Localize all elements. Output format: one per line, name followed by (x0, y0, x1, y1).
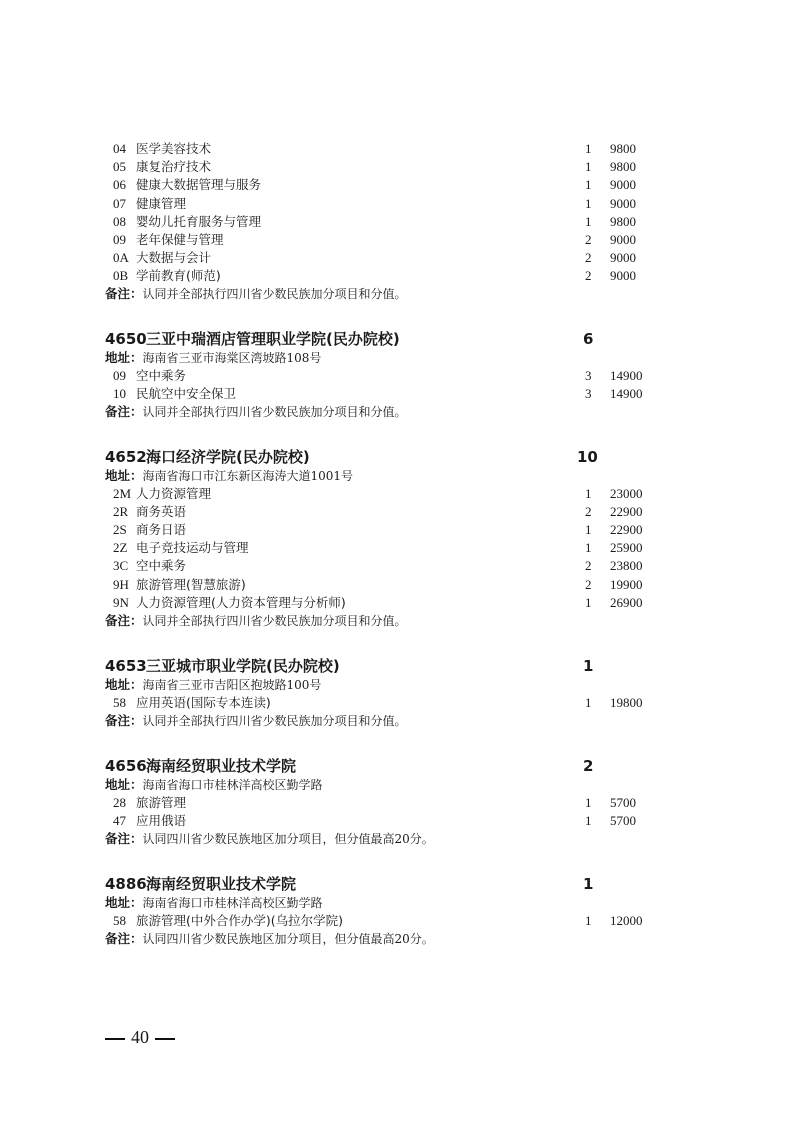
major-code: 09 (113, 367, 126, 385)
major-name: 旅游管理(中外合作办学)(乌拉尔学院) (136, 912, 343, 930)
major-name: 健康大数据管理与服务 (136, 176, 261, 194)
major-code: 04 (113, 140, 126, 158)
major-row: 05 康复治疗技术 1 9800 (0, 158, 794, 176)
note-label: 备注： (105, 931, 143, 946)
document-page: 04 医学美容技术 1 9800 05 康复治疗技术 1 9800 06 健康大… (0, 0, 794, 1123)
major-row: 0B 学前教育(师范) 2 9000 (0, 267, 794, 285)
major-name: 人力资源管理 (136, 485, 211, 503)
address-label: 地址： (105, 677, 143, 692)
major-quota: 1 (585, 195, 592, 213)
school-quota: 1 (583, 873, 593, 895)
school-header: 4886 海南经贸职业技术学院 1 (0, 873, 794, 895)
note-row: 备注：认同四川省少数民族地区加分项目，但分值最高20分。 (0, 830, 794, 848)
major-quota: 1 (585, 213, 592, 231)
major-quota: 2 (585, 576, 592, 594)
note: 备注：认同并全部执行四川省少数民族加分项目和分值。 (105, 285, 407, 303)
major-code: 28 (113, 794, 126, 812)
major-code: 47 (113, 812, 126, 830)
school-address: 地址：海南省海口市江东新区海涛大道1001号 (105, 467, 353, 485)
page-footer: 40 (105, 1025, 181, 1049)
major-name: 健康管理 (136, 195, 186, 213)
major-tuition: 12000 (610, 912, 643, 930)
school-name: 海南经贸职业技术学院 (146, 755, 296, 777)
major-code: 2S (113, 521, 127, 539)
note: 备注：认同并全部执行四川省少数民族加分项目和分值。 (105, 712, 407, 730)
major-tuition: 22900 (610, 503, 643, 521)
address-label: 地址： (105, 895, 143, 910)
school-header: 4656 海南经贸职业技术学院 2 (0, 755, 794, 777)
major-code: 09 (113, 231, 126, 249)
major-row: 09 空中乘务 3 14900 (0, 367, 794, 385)
major-row: 28 旅游管理 1 5700 (0, 794, 794, 812)
major-tuition: 14900 (610, 367, 643, 385)
major-quota: 1 (585, 158, 592, 176)
major-row: 06 健康大数据管理与服务 1 9000 (0, 176, 794, 194)
major-tuition: 5700 (610, 794, 636, 812)
school-quota: 1 (583, 655, 593, 677)
major-name: 空中乘务 (136, 367, 186, 385)
major-name: 婴幼儿托育服务与管理 (136, 213, 261, 231)
major-code: 58 (113, 694, 126, 712)
major-row: 58 应用英语(国际专本连读) 1 19800 (0, 694, 794, 712)
major-name: 旅游管理(智慧旅游) (136, 576, 246, 594)
major-code: 08 (113, 213, 126, 231)
major-row: 9N 人力资源管理(人力资本管理与分析师) 1 26900 (0, 594, 794, 612)
note-row: 备注：认同四川省少数民族地区加分项目，但分值最高20分。 (0, 930, 794, 948)
major-quota: 1 (585, 140, 592, 158)
major-tuition: 25900 (610, 539, 643, 557)
major-tuition: 9000 (610, 249, 636, 267)
major-tuition: 23800 (610, 557, 643, 575)
major-name: 学前教育(师范) (136, 267, 221, 285)
school-code: 4886 (105, 873, 147, 895)
school-name: 海口经济学院(民办院校) (146, 446, 310, 468)
note-label: 备注： (105, 613, 143, 628)
note-text: 认同四川省少数民族地区加分项目，但分值最高20分。 (143, 832, 434, 846)
school-code: 4653 (105, 655, 147, 677)
major-row: 0A 大数据与会计 2 9000 (0, 249, 794, 267)
major-name: 医学美容技术 (136, 140, 211, 158)
major-row: 2R 商务英语 2 22900 (0, 503, 794, 521)
school-name: 三亚城市职业学院(民办院校) (146, 655, 340, 677)
school-code: 4650 (105, 328, 147, 350)
major-name: 应用英语(国际专本连读) (136, 694, 271, 712)
dash-left (105, 1038, 125, 1040)
page-number: 40 (131, 1027, 149, 1047)
major-code: 05 (113, 158, 126, 176)
major-quota: 1 (585, 539, 592, 557)
major-tuition: 9800 (610, 158, 636, 176)
major-quota: 1 (585, 485, 592, 503)
major-tuition: 19800 (610, 694, 643, 712)
address-label: 地址： (105, 777, 143, 792)
school-header: 4653 三亚城市职业学院(民办院校) 1 (0, 655, 794, 677)
address-text: 海南省三亚市海棠区湾坡路108号 (143, 351, 322, 365)
note-label: 备注： (105, 286, 143, 301)
address-text: 海南省三亚市吉阳区抱坡路100号 (143, 678, 322, 692)
major-name: 应用俄语 (136, 812, 186, 830)
major-code: 07 (113, 195, 126, 213)
major-row: 04 医学美容技术 1 9800 (0, 140, 794, 158)
school-quota: 2 (583, 755, 593, 777)
address-row: 地址：海南省海口市桂林洋高校区勤学路 (0, 894, 794, 912)
note-text: 认同并全部执行四川省少数民族加分项目和分值。 (143, 614, 407, 628)
major-quota: 3 (585, 385, 592, 403)
note-text: 认同并全部执行四川省少数民族加分项目和分值。 (143, 405, 407, 419)
major-row: 3C 空中乘务 2 23800 (0, 557, 794, 575)
major-row: 2Z 电子竞技运动与管理 1 25900 (0, 539, 794, 557)
major-tuition: 14900 (610, 385, 643, 403)
major-code: 2Z (113, 539, 127, 557)
school-name: 海南经贸职业技术学院 (146, 873, 296, 895)
major-name: 康复治疗技术 (136, 158, 211, 176)
major-quota: 2 (585, 267, 592, 285)
major-quota: 1 (585, 794, 592, 812)
major-name: 民航空中安全保卫 (136, 385, 236, 403)
major-row: 07 健康管理 1 9000 (0, 195, 794, 213)
note-row: 备注：认同并全部执行四川省少数民族加分项目和分值。 (0, 612, 794, 630)
major-row: 9H 旅游管理(智慧旅游) 2 19900 (0, 576, 794, 594)
address-text: 海南省海口市桂林洋高校区勤学路 (143, 778, 323, 792)
major-tuition: 9800 (610, 213, 636, 231)
major-quota: 1 (585, 176, 592, 194)
major-quota: 2 (585, 557, 592, 575)
address-text: 海南省海口市桂林洋高校区勤学路 (143, 896, 323, 910)
address-row: 地址：海南省海口市桂林洋高校区勤学路 (0, 776, 794, 794)
school-header: 4652 海口经济学院(民办院校) 10 (0, 446, 794, 468)
major-tuition: 23000 (610, 485, 643, 503)
major-row: 47 应用俄语 1 5700 (0, 812, 794, 830)
address-label: 地址： (105, 350, 143, 365)
major-code: 2M (113, 485, 131, 503)
address-row: 地址：海南省三亚市吉阳区抱坡路100号 (0, 676, 794, 694)
major-name: 旅游管理 (136, 794, 186, 812)
major-name: 电子竞技运动与管理 (136, 539, 249, 557)
major-quota: 1 (585, 912, 592, 930)
major-name: 商务英语 (136, 503, 186, 521)
major-quota: 1 (585, 812, 592, 830)
major-tuition: 9000 (610, 195, 636, 213)
major-quota: 2 (585, 503, 592, 521)
school-quota: 10 (577, 446, 598, 468)
address-row: 地址：海南省三亚市海棠区湾坡路108号 (0, 349, 794, 367)
major-code: 06 (113, 176, 126, 194)
note-text: 认同并全部执行四川省少数民族加分项目和分值。 (143, 714, 407, 728)
major-name: 人力资源管理(人力资本管理与分析师) (136, 594, 346, 612)
major-name: 空中乘务 (136, 557, 186, 575)
major-tuition: 26900 (610, 594, 643, 612)
major-tuition: 5700 (610, 812, 636, 830)
major-code: 9N (113, 594, 129, 612)
address-label: 地址： (105, 468, 143, 483)
major-row: 2M 人力资源管理 1 23000 (0, 485, 794, 503)
note-row: 备注：认同并全部执行四川省少数民族加分项目和分值。 (0, 403, 794, 421)
major-row: 58 旅游管理(中外合作办学)(乌拉尔学院) 1 12000 (0, 912, 794, 930)
school-address: 地址：海南省海口市桂林洋高校区勤学路 (105, 894, 323, 912)
major-quota: 1 (585, 521, 592, 539)
school-name: 三亚中瑞酒店管理职业学院(民办院校) (146, 328, 400, 350)
major-quota: 1 (585, 594, 592, 612)
major-name: 商务日语 (136, 521, 186, 539)
major-code: 0A (113, 249, 129, 267)
school-address: 地址：海南省三亚市海棠区湾坡路108号 (105, 349, 321, 367)
major-row: 09 老年保健与管理 2 9000 (0, 231, 794, 249)
note-row: 备注：认同并全部执行四川省少数民族加分项目和分值。 (0, 712, 794, 730)
note-text: 认同四川省少数民族地区加分项目，但分值最高20分。 (143, 932, 434, 946)
school-quota: 6 (583, 328, 593, 350)
note-label: 备注： (105, 404, 143, 419)
major-tuition: 9000 (610, 231, 636, 249)
note-label: 备注： (105, 713, 143, 728)
major-tuition: 22900 (610, 521, 643, 539)
note-text: 认同并全部执行四川省少数民族加分项目和分值。 (143, 287, 407, 301)
major-quota: 2 (585, 249, 592, 267)
major-quota: 1 (585, 694, 592, 712)
note: 备注：认同四川省少数民族地区加分项目，但分值最高20分。 (105, 830, 434, 848)
note: 备注：认同并全部执行四川省少数民族加分项目和分值。 (105, 403, 407, 421)
school-code: 4656 (105, 755, 147, 777)
major-code: 3C (113, 557, 128, 575)
major-quota: 2 (585, 231, 592, 249)
major-row: 2S 商务日语 1 22900 (0, 521, 794, 539)
major-quota: 3 (585, 367, 592, 385)
major-tuition: 9000 (610, 267, 636, 285)
major-name: 老年保健与管理 (136, 231, 224, 249)
school-address: 地址：海南省三亚市吉阳区抱坡路100号 (105, 676, 321, 694)
note-label: 备注： (105, 831, 143, 846)
address-row: 地址：海南省海口市江东新区海涛大道1001号 (0, 467, 794, 485)
school-header: 4650 三亚中瑞酒店管理职业学院(民办院校) 6 (0, 328, 794, 350)
major-code: 2R (113, 503, 128, 521)
major-name: 大数据与会计 (136, 249, 211, 267)
major-code: 9H (113, 576, 129, 594)
major-code: 10 (113, 385, 126, 403)
major-row: 10 民航空中安全保卫 3 14900 (0, 385, 794, 403)
major-code: 58 (113, 912, 126, 930)
note: 备注：认同四川省少数民族地区加分项目，但分值最高20分。 (105, 930, 434, 948)
major-code: 0B (113, 267, 128, 285)
school-code: 4652 (105, 446, 147, 468)
major-tuition: 9800 (610, 140, 636, 158)
address-text: 海南省海口市江东新区海涛大道1001号 (143, 469, 354, 483)
major-tuition: 9000 (610, 176, 636, 194)
note: 备注：认同并全部执行四川省少数民族加分项目和分值。 (105, 612, 407, 630)
dash-right (155, 1038, 175, 1040)
major-tuition: 19900 (610, 576, 643, 594)
school-address: 地址：海南省海口市桂林洋高校区勤学路 (105, 776, 323, 794)
note-row: 备注：认同并全部执行四川省少数民族加分项目和分值。 (0, 285, 794, 303)
major-row: 08 婴幼儿托育服务与管理 1 9800 (0, 213, 794, 231)
